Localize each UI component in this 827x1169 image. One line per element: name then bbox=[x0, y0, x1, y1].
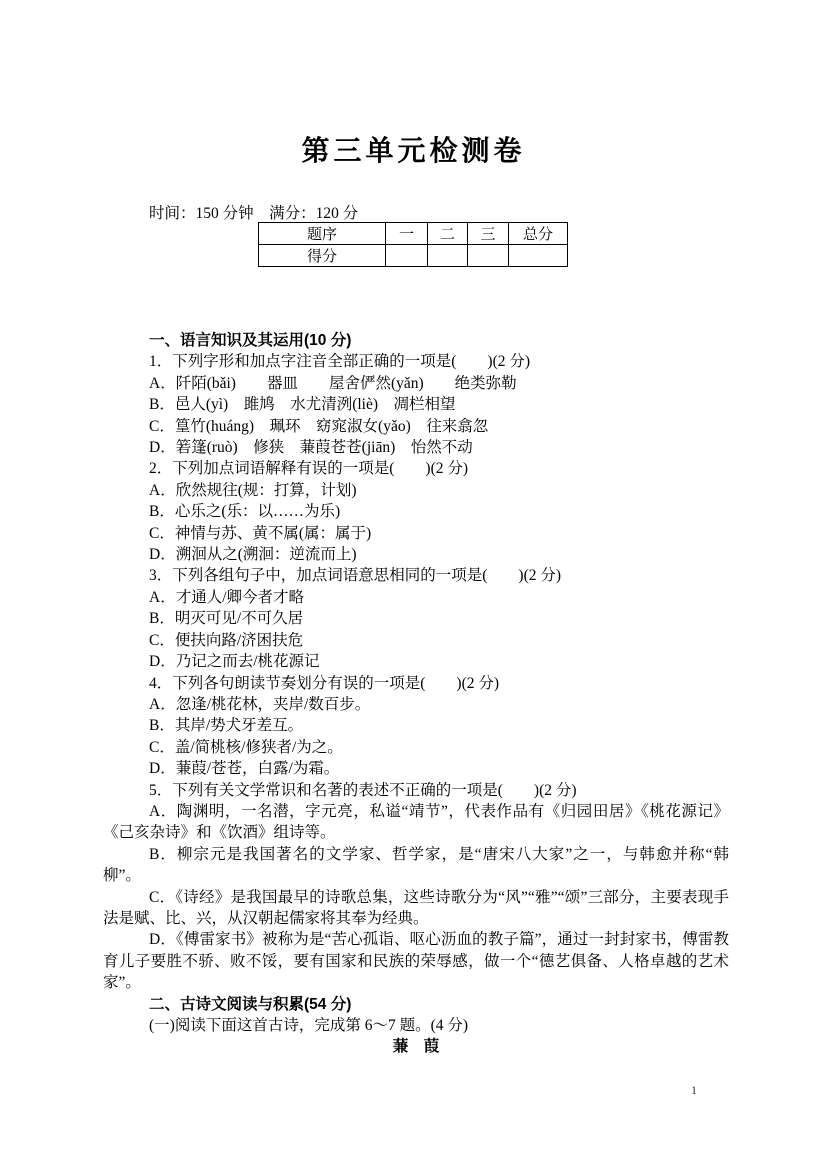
col-three-label: 三 bbox=[468, 223, 509, 245]
col-total-label: 总分 bbox=[509, 223, 568, 245]
q1-stem: 1．下列字形和加点字注音全部正确的一项是( )(2 分) bbox=[103, 351, 729, 372]
page-number: 1 bbox=[691, 1083, 697, 1098]
q5-stem: 5．下列有关文学常识和名著的表述不正确的一项是( )(2 分) bbox=[103, 780, 729, 801]
score-label: 得分 bbox=[259, 245, 386, 267]
q3-option-a: A．才通人/卿今者才略 bbox=[103, 587, 729, 608]
q1-option-d: D．箬篷(ruò) 修狭 蒹葭苍苍(jiān) 怡然不动 bbox=[103, 437, 729, 458]
q1-option-b: B．邑人(yì) 雎鸠 水尤清洌(liè) 凋栏相望 bbox=[103, 394, 729, 415]
page-title: 第三单元检测卷 bbox=[0, 129, 827, 169]
score-table: 题序 一 二 三 总分 得分 bbox=[258, 222, 568, 267]
q4-option-b: B．其岸/势犬牙差互。 bbox=[103, 715, 729, 736]
section-2-intro: (一)阅读下面这首古诗，完成第 6～7 题。(4 分) bbox=[103, 1015, 729, 1036]
score-table-header-row: 题序 一 二 三 总分 bbox=[259, 223, 568, 245]
col-one-label: 一 bbox=[386, 223, 428, 245]
q2-option-c: C．神情与苏、黄不属(属：属于) bbox=[103, 523, 729, 544]
score-cell bbox=[386, 245, 428, 267]
section-1-heading: 一、语言知识及其运用(10 分) bbox=[103, 330, 729, 351]
col-two-label: 二 bbox=[428, 223, 468, 245]
score-cell bbox=[428, 245, 468, 267]
q1-option-c: C．篁竹(huáng) 珮环 窈窕淑女(yǎo) 往来翕忽 bbox=[103, 416, 729, 437]
q3-option-d: D．乃记之而去/桃花源记 bbox=[103, 651, 729, 672]
test-paper-page: 第三单元检测卷 时间：150 分钟 满分：120 分 题序 一 二 三 总分 得… bbox=[0, 0, 827, 1169]
q2-option-b: B．心乐之(乐：以……为乐) bbox=[103, 501, 729, 522]
q4-option-d: D．蒹葭/苍苍，白露/为霜。 bbox=[103, 758, 729, 779]
score-table-score-row: 得分 bbox=[259, 245, 568, 267]
q3-option-b: B．明灭可见/不可久居 bbox=[103, 608, 729, 629]
document-body: 一、语言知识及其运用(10 分) 1．下列字形和加点字注音全部正确的一项是( )… bbox=[103, 330, 729, 1058]
q2-stem: 2．下列加点词语解释有误的一项是( )(2 分) bbox=[103, 458, 729, 479]
q2-option-a: A．欣然规往(规：打算，计划) bbox=[103, 480, 729, 501]
q5-option-a: A．陶渊明，一名潜，字元亮，私谥“靖节”，代表作品有《归园田居》《桃花源记》《己… bbox=[103, 801, 729, 844]
question-order-label: 题序 bbox=[259, 223, 386, 245]
q3-stem: 3．下列各组句子中，加点词语意思相同的一项是( )(2 分) bbox=[103, 565, 729, 586]
q2-option-d: D．溯洄从之(溯洄：逆流而上) bbox=[103, 544, 729, 565]
q5-option-c: C．《诗经》是我国最早的诗歌总集，这些诗歌分为“风”“雅”“颂”三部分，主要表现… bbox=[103, 887, 729, 930]
score-cell bbox=[509, 245, 568, 267]
info-line: 时间：150 分钟 满分：120 分 bbox=[149, 201, 358, 223]
q3-option-c: C．便扶向路/济困扶危 bbox=[103, 630, 729, 651]
q5-option-b: B．柳宗元是我国著名的文学家、哲学家，是“唐宋八大家”之一，与韩愈并称“韩柳”。 bbox=[103, 844, 729, 887]
q1-option-a: A．阡陌(bǎi) 器皿 屋舍俨然(yǎn) 绝类弥勒 bbox=[103, 373, 729, 394]
section-2-heading: 二、古诗文阅读与积累(54 分) bbox=[103, 994, 729, 1015]
q4-option-a: A．忽逢/桃花林，夹岸/数百步。 bbox=[103, 694, 729, 715]
q4-option-c: C．盖/简桃核/修狭者/为之。 bbox=[103, 737, 729, 758]
score-cell bbox=[468, 245, 509, 267]
poem-title: 蒹 葭 bbox=[103, 1036, 729, 1057]
q5-option-d: D．《傅雷家书》被称为是“苦心孤诣、呕心沥血的教子篇”，通过一封封家书，傅雷教育… bbox=[103, 929, 729, 993]
q4-stem: 4．下列各句朗读节奏划分有误的一项是( )(2 分) bbox=[103, 673, 729, 694]
